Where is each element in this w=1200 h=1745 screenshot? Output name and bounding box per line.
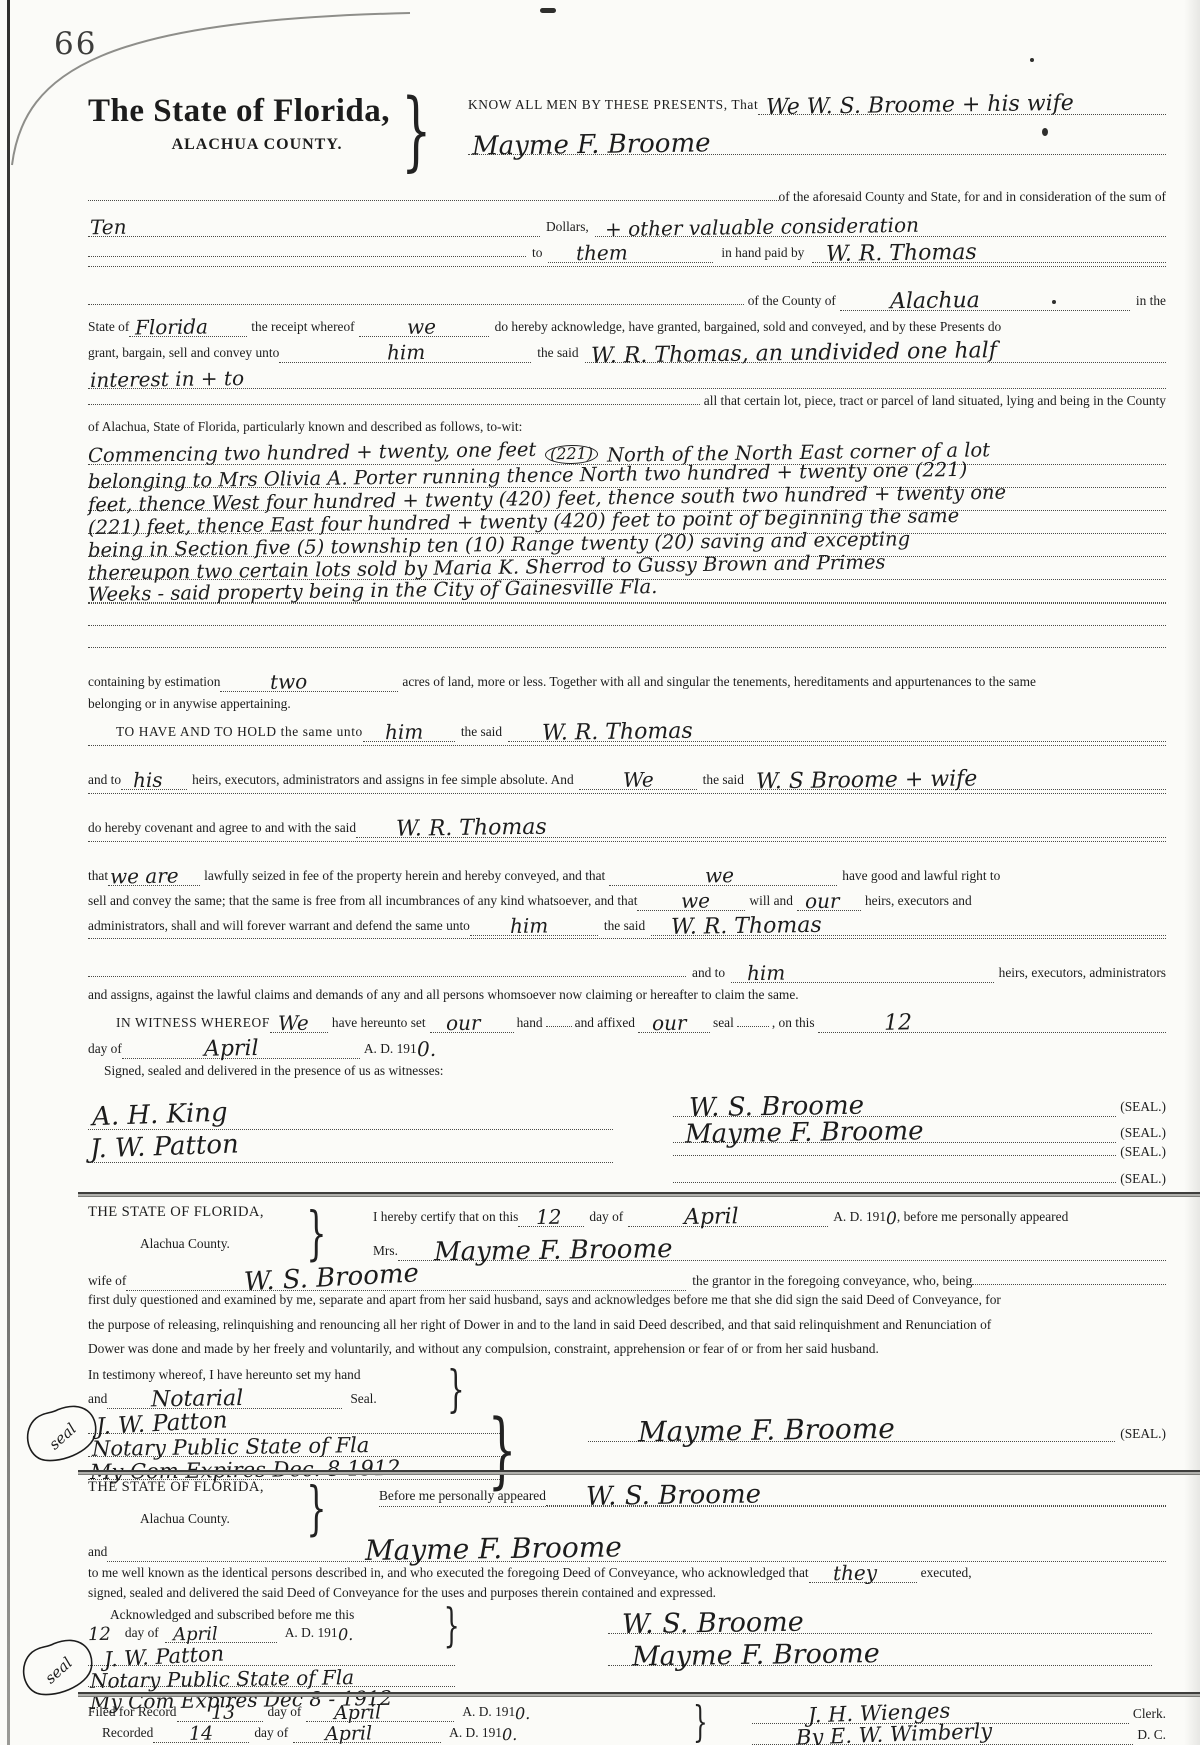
ad-label: A. D. 191 <box>441 1724 502 1742</box>
our1-handwriting: our <box>429 1013 480 1034</box>
him-handwriting: him <box>470 915 549 936</box>
covenantor-handwriting: W. S Broome + wife <box>750 768 978 793</box>
affixed-label: and affixed <box>572 1014 638 1032</box>
will-and-label: will and <box>745 892 797 910</box>
acknowledge-text: do hereby acknowledge, have granted, bar… <box>489 318 1002 336</box>
description-line: Commencing two hundred + twenty, one fee… <box>88 442 1166 465</box>
recorded-label: Recorded <box>88 1724 153 1742</box>
of-county-label: of the County of <box>744 292 840 310</box>
day-number-handwriting: 12 <box>817 1012 911 1035</box>
seal-label: (SEAL.) <box>1116 1143 1166 1161</box>
our2-handwriting: our <box>638 1013 687 1034</box>
section-divider <box>78 1692 1200 1697</box>
dower-para3: Dower was done and made by her freely an… <box>88 1340 879 1358</box>
filing-brace <box>693 1701 708 1743</box>
scan-speck <box>1030 58 1034 62</box>
legal-description: Commencing two hundred + twenty, one fee… <box>88 442 1166 603</box>
recorded-day-handwriting: 14 <box>153 1725 213 1745</box>
seal-scribble-text: seal <box>45 1419 80 1453</box>
clerk-label: Clerk. <box>1129 1705 1166 1723</box>
defendee-handwriting: W. R. Thomas <box>651 915 822 939</box>
the-said-label: the said <box>598 917 651 935</box>
grantors-handwriting-1: We W. S. Broome + his wife <box>758 93 1074 119</box>
belonging-text: belonging or in anywise appertaining. <box>88 695 291 713</box>
seal-label: (SEAL.) <box>1115 1426 1166 1442</box>
sum-handwriting: Ten <box>88 217 127 238</box>
containing-label: containing by estimation <box>88 673 220 691</box>
venue-brace <box>306 1479 326 1537</box>
we-handwriting: We <box>579 769 654 790</box>
that-label: that <box>88 867 108 885</box>
assigns-text: and assigns, against the lawful claims a… <box>88 986 799 1004</box>
wife-of-label: wife of <box>88 1272 126 1290</box>
recipient-handwriting: them <box>548 242 628 263</box>
dower-acknowledgment: THE STATE OF FLORIDA, Alachua County. I … <box>88 1204 1166 1480</box>
deputy-clerk-label: D. C. <box>1133 1726 1166 1744</box>
ack1-month-handwriting: April <box>628 1206 739 1230</box>
month-handwriting: April <box>122 1038 259 1062</box>
and-to-label: and to <box>88 771 121 789</box>
have-set-label: have hereunto set <box>328 1014 430 1032</box>
dollars-label: Dollars, <box>540 218 595 236</box>
county-heading: Alachua County. <box>88 1511 343 1533</box>
holder-pronoun-handwriting: him <box>363 722 424 743</box>
circled-221: (221) <box>545 445 598 465</box>
seal-label: (SEAL.) <box>1116 1124 1166 1142</box>
they-handwriting: they <box>809 1563 877 1584</box>
deed-record-page: 66 The State of Florida, ALACHUA COUNTY.… <box>0 0 1200 1745</box>
heirs3-text: heirs, executors, administrators <box>994 964 1166 982</box>
description-line: Weeks - said property being in the City … <box>88 580 1166 603</box>
header-left-titles: The State of Florida, ALACHUA COUNTY. <box>88 92 426 166</box>
ack2-year-handwriting: 0. <box>337 1627 352 1643</box>
state-title: The State of Florida, <box>88 92 426 130</box>
venue-heading: THE STATE OF FLORIDA, Alachua County. <box>88 1204 343 1264</box>
in-the-label: in the <box>1130 292 1166 310</box>
deputy-clerk-signature: By E. W. Wimberly <box>752 1721 993 1745</box>
grantor2-signature: Mayme F. Broome <box>673 1118 924 1147</box>
receipt-who-handwriting: we <box>359 316 436 337</box>
day-of-label: day of <box>249 1724 293 1742</box>
the-said-label: the said <box>455 723 508 741</box>
grantor-signatures: W. S. Broome (SEAL.) Mayme F. Broome (SE… <box>673 1090 1166 1197</box>
dower-para2: the purpose of releasing, relinquishing … <box>88 1316 991 1334</box>
ack-sub-brace <box>443 1602 459 1648</box>
ad-label: A. D. 191 <box>828 1208 886 1226</box>
wife-name-handwriting: Mayme F. Broome <box>398 1236 673 1266</box>
heirs2-text: heirs, executors and <box>861 892 972 910</box>
whose-heirs-handwriting: his <box>121 770 163 791</box>
the-said-label: the said <box>697 771 750 789</box>
county-handwriting: Alachua <box>840 290 980 314</box>
seal-label: (SEAL.) <box>1116 1098 1166 1116</box>
right-page-edge-shadow <box>1184 0 1200 1745</box>
state-handwriting: Florida <box>129 316 208 337</box>
certify-label: I hereby certify that on this <box>373 1208 518 1226</box>
hand-label: hand <box>514 1014 546 1032</box>
day-of-label: day of <box>88 1040 122 1058</box>
filing-block: Filed for Record 13 day of April A. D. 1… <box>88 1701 1166 1743</box>
before-me-label: Before me personally appeared <box>379 1487 546 1505</box>
executed-label: executed, <box>917 1564 972 1582</box>
covenant-label: do hereby covenant and agree to and with… <box>88 819 356 837</box>
filed-month-handwriting: April <box>306 1703 381 1723</box>
day-of-label: day of <box>263 1703 307 1721</box>
grantee-handwriting: W. R. Thomas, an undivided one half <box>584 340 996 368</box>
receipt-whereof-label: the receipt whereof <box>247 318 358 336</box>
presence-text: Signed, sealed and delivered in the pres… <box>88 1062 444 1080</box>
filed-year-handwriting: 0. <box>515 1706 530 1722</box>
county-heading: Alachua County. <box>88 1236 343 1258</box>
in-hand-paid-label: in hand paid by <box>713 244 812 262</box>
signature-block: A. H. King J. W. Patton W. S. Broome (SE… <box>88 1090 1166 1197</box>
scan-speck <box>540 8 556 13</box>
to-label: to <box>526 244 548 262</box>
appearer2-handwriting: Mayme F. Broome <box>107 1533 622 1568</box>
him2-handwriting: him <box>731 963 786 984</box>
state-heading: THE STATE OF FLORIDA, <box>88 1479 343 1503</box>
ack2-signature1: W. S. Broome <box>608 1609 804 1639</box>
our-handwriting: our <box>797 891 840 912</box>
consideration-handwriting: + other valuable consideration <box>595 215 919 240</box>
grantee-pronoun-handwriting: him <box>279 342 426 364</box>
interest-handwriting: interest in + to <box>88 368 244 390</box>
seal-label: (SEAL.) <box>1116 1170 1166 1188</box>
mrs-label: Mrs. <box>373 1242 398 1260</box>
book-spine-edge <box>7 0 10 1745</box>
ack1-year-handwriting: 0 <box>886 1211 897 1228</box>
ack2-signature2: Mayme F. Broome <box>608 1640 880 1671</box>
filing-dates: Filed for Record 13 day of April A. D. 1… <box>88 1701 728 1743</box>
seal-word: Seal. <box>342 1390 376 1408</box>
grantors-handwriting-2: Mayme F. Broome <box>468 130 711 159</box>
weare-handwriting: we are <box>108 866 179 887</box>
notary-attestation: In testimony whereof, I have hereunto se… <box>88 1366 558 1480</box>
and-label: and <box>88 1543 107 1561</box>
covenantee-handwriting: W. R. Thomas <box>356 817 547 842</box>
description-handwriting: Weeks - said property being in the City … <box>88 577 658 604</box>
all-that-text: all that certain lot, piece, tract or pa… <box>700 392 1166 410</box>
county-title: ALACHUA COUNTY. <box>88 136 426 154</box>
section-divider <box>78 1470 1200 1475</box>
we2-handwriting: we <box>609 865 734 887</box>
deed-header: The State of Florida, ALACHUA COUNTY. KN… <box>88 92 1166 192</box>
seal-scribble-text: seal <box>41 1653 76 1687</box>
to-have-and-hold-label: TO HAVE AND TO HOLD the same unto <box>88 723 363 741</box>
testimony-text: In testimony whereof, I have hereunto se… <box>88 1366 361 1384</box>
payer-handwriting: W. R. Thomas <box>812 242 977 266</box>
acres-text: acres of land, more or less. Together wi… <box>398 673 1036 691</box>
page-number: 66 <box>54 26 97 62</box>
state-of-label: State of <box>88 318 129 336</box>
witness-signatures: A. H. King J. W. Patton <box>88 1090 673 1197</box>
ack1-day-handwriting: 12 <box>518 1207 562 1228</box>
filed-label: Filed for Record <box>88 1703 177 1721</box>
section-divider <box>78 1192 1200 1197</box>
ad-label: A. D. 191 <box>277 1624 338 1642</box>
joint-acknowledgment: THE STATE OF FLORIDA, Alachua County. Be… <box>88 1479 1166 1708</box>
signed-sealed-text: signed, sealed and delivered the said De… <box>88 1584 716 1602</box>
holder-handwriting: W. R. Thomas <box>508 721 693 746</box>
recorded-year-handwriting: 0. <box>502 1727 517 1743</box>
we-witness-handwriting: We <box>270 1013 309 1034</box>
ad-label: A. D. 191 <box>454 1703 515 1721</box>
witness1-signature: A. H. King <box>88 1100 228 1131</box>
header-brace <box>402 88 432 174</box>
seal-label-word: seal <box>710 1014 737 1032</box>
description-handwriting: Commencing two hundred + twenty, one fee… <box>88 440 537 466</box>
heirs-text: heirs, executors, administrators and ass… <box>187 771 579 789</box>
dower-signer-signature: Mayme F. Broome <box>588 1415 895 1447</box>
warrant-text: administrators, shall and will forever w… <box>88 917 470 935</box>
venue-heading: THE STATE OF FLORIDA, Alachua County. <box>88 1479 343 1533</box>
towit-text: of Alachua, State of Florida, particular… <box>88 418 522 436</box>
acres-handwriting: two <box>220 671 307 692</box>
in-witness-label: IN WITNESS WHEREOF <box>88 1014 270 1032</box>
know-all-men-text: KNOW ALL MEN BY THESE PRESENTS, That <box>468 96 758 114</box>
testimony-brace <box>447 1364 464 1414</box>
sell-convey-text: sell and convey the same; that the same … <box>88 892 637 910</box>
day-of-label: day of <box>111 1624 165 1642</box>
on-this-label: , on this <box>769 1014 818 1032</box>
we3-handwriting: we <box>637 890 710 911</box>
venue-brace <box>306 1204 326 1262</box>
ad-label: A. D. 191 <box>360 1040 417 1058</box>
grant-convey-label: grant, bargain, sell and convey unto <box>88 344 279 362</box>
state-heading: THE STATE OF FLORIDA, <box>88 1204 343 1228</box>
filed-day-handwriting: 13 <box>176 1704 234 1724</box>
day-of-label: day of <box>584 1208 628 1226</box>
witness2-signature: J. W. Patton <box>88 1131 240 1162</box>
lawful-right-text: have good and lawful right to <box>837 867 1000 885</box>
the-said-label: the said <box>531 344 584 362</box>
aforesaid-text: of the aforesaid County and State, for a… <box>779 188 1167 206</box>
year-handwriting: 0. <box>417 1039 436 1059</box>
grantor-text: the grantor in the foregoing conveyance,… <box>686 1272 972 1290</box>
ack-sub-text: Acknowledged and subscribed before me th… <box>88 1606 354 1624</box>
deed-body: of the aforesaid County and State, for a… <box>88 188 1166 1197</box>
recorded-month-handwriting: April <box>293 1724 372 1744</box>
appeared-label: , before me personally appeared <box>897 1208 1068 1226</box>
and-to2-label: and to <box>686 964 731 982</box>
seized-text: lawfully seized in fee of the property h… <box>200 867 609 885</box>
